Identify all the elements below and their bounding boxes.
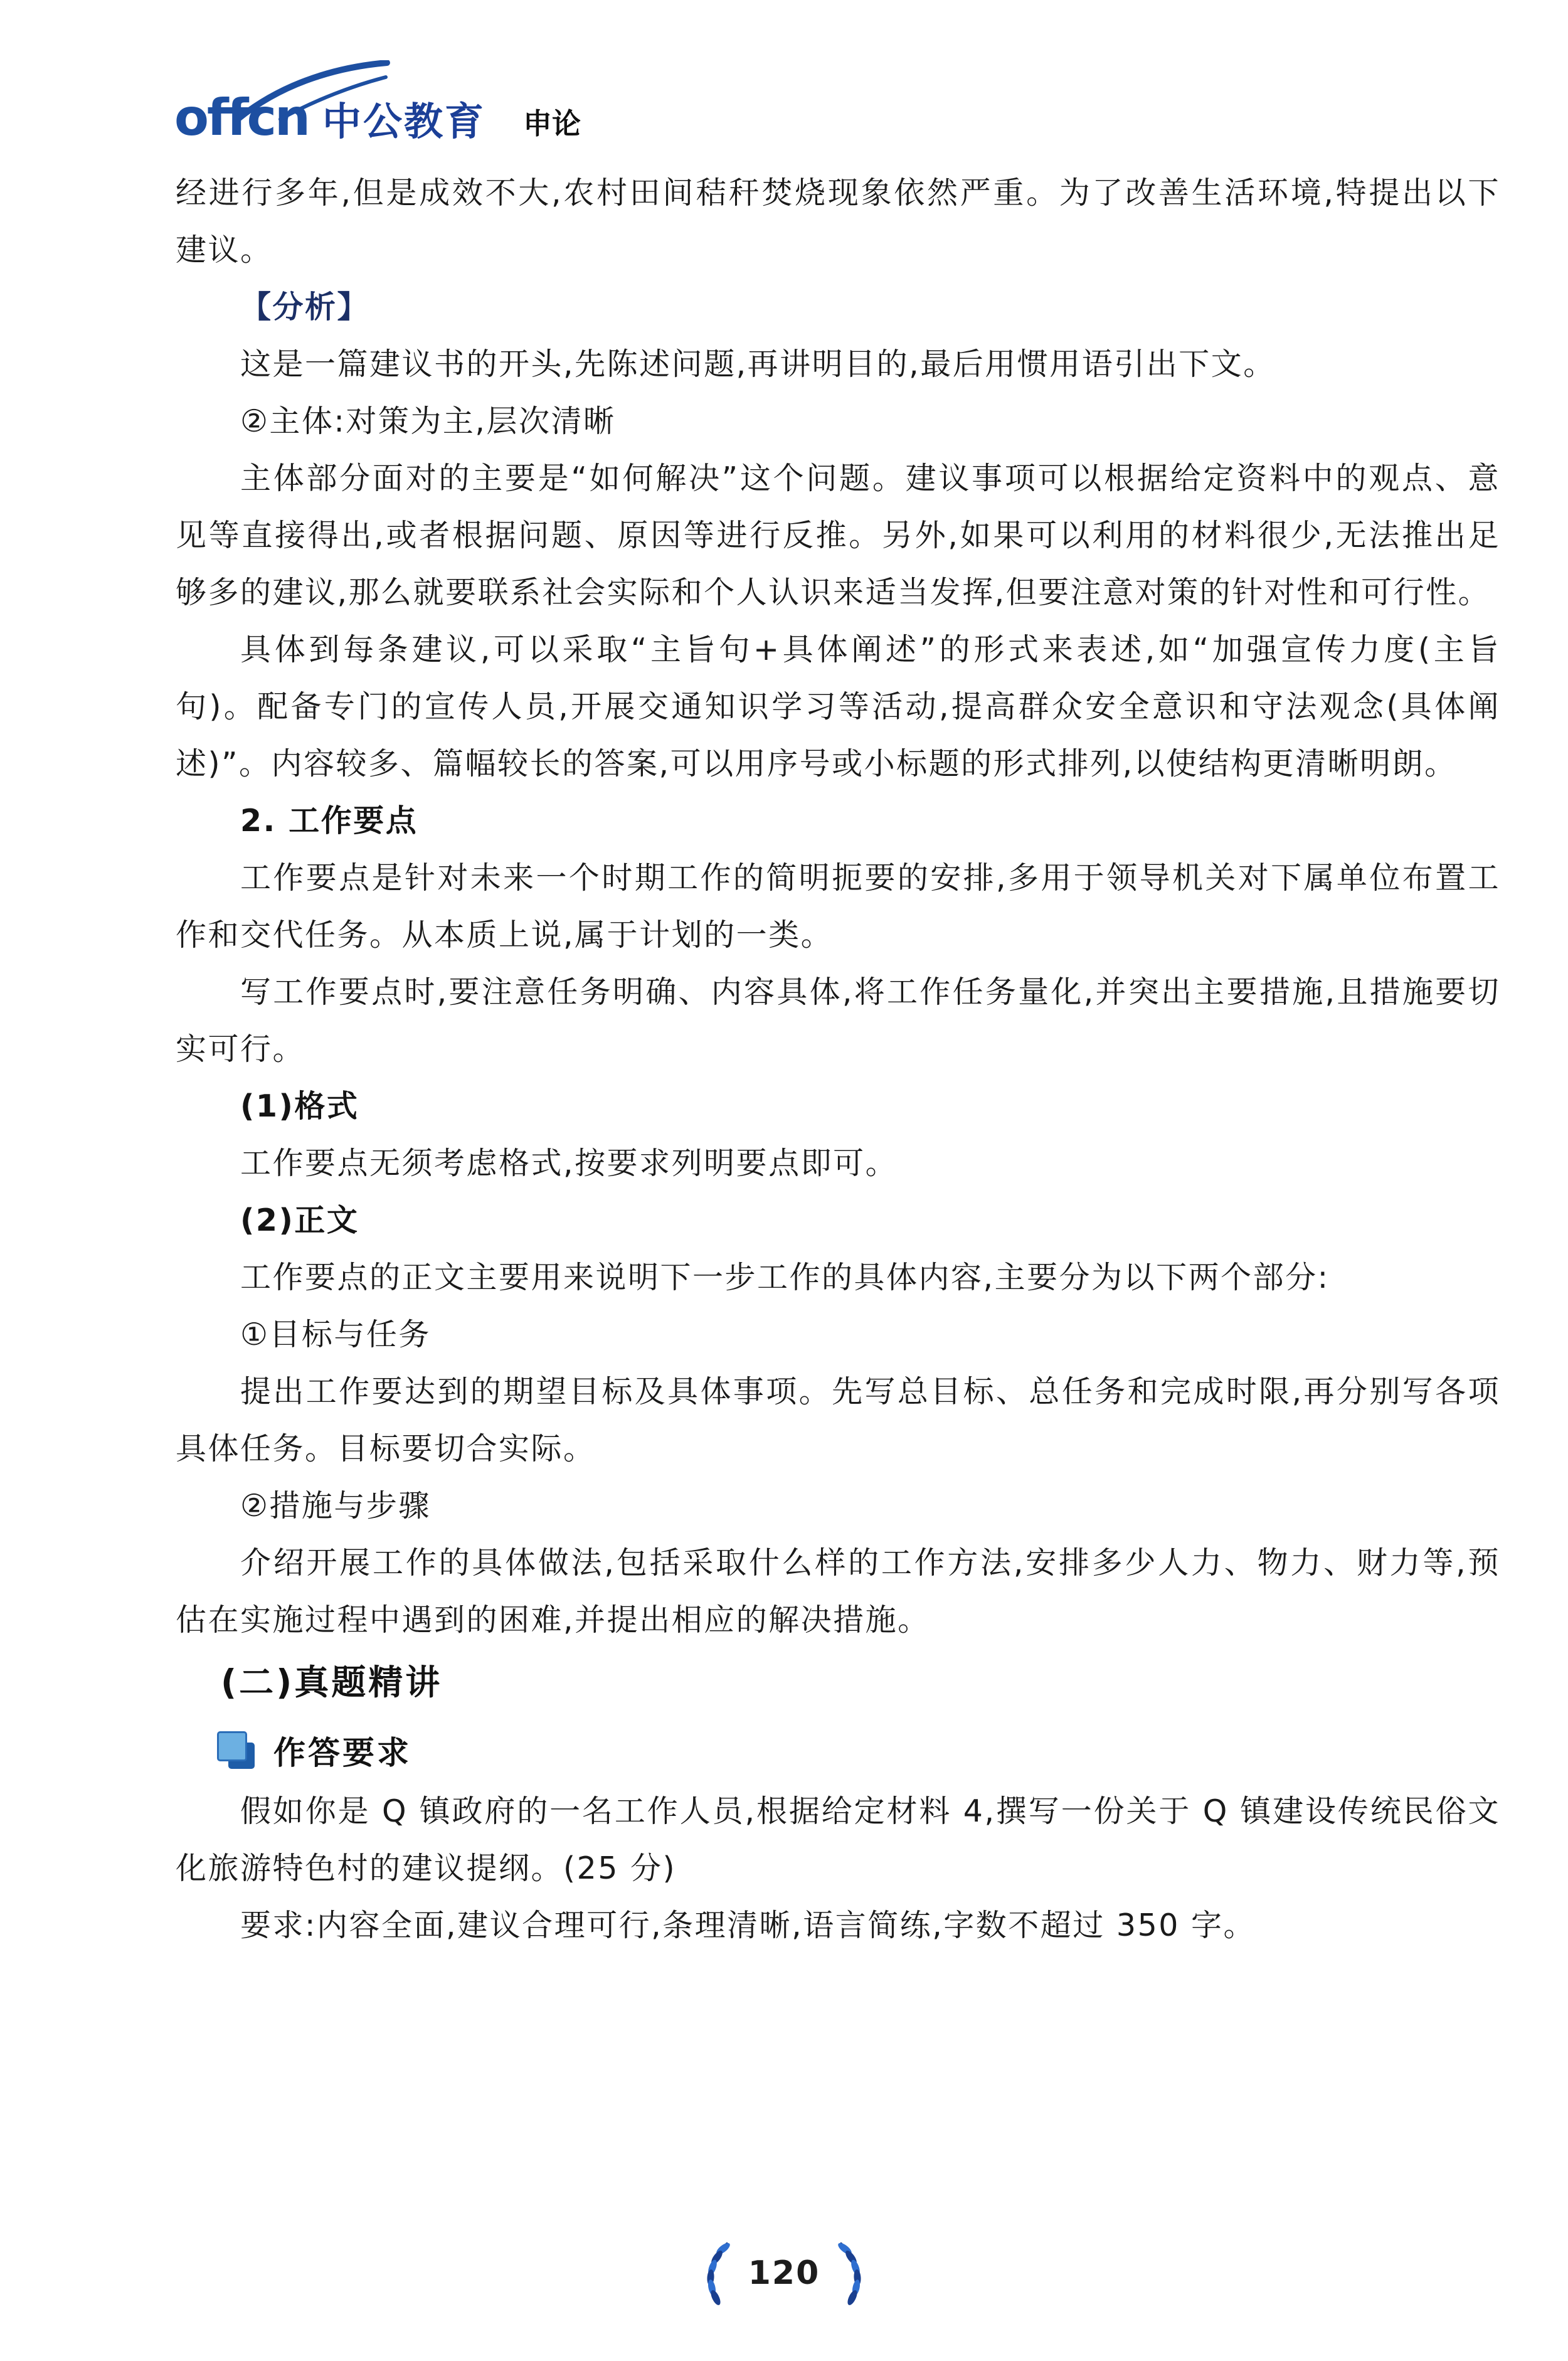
paragraph: ②主体:对策为主,层次清晰: [176, 393, 1500, 450]
laurel-left-icon: [698, 2241, 732, 2306]
laurel-right-icon: [836, 2241, 870, 2306]
sub-heading: (2)正文: [176, 1192, 1500, 1249]
paragraph: 提出工作要达到的期望目标及具体事项。先写总目标、总任务和完成时限,再分别写各项具…: [176, 1363, 1500, 1477]
paragraph: 主体部分面对的主要是“如何解决”这个问题。建议事项可以根据给定资料中的观点、意见…: [176, 450, 1500, 621]
book-page: offcn 中公教育 申论 经进行多年,但是成效不大,农村田间秸秆焚烧现象依然严…: [0, 0, 1568, 2361]
content-area: 经进行多年,但是成效不大,农村田间秸秆焚烧现象依然严重。为了改善生活环境,特提出…: [176, 164, 1500, 1954]
paragraph: 假如你是 Q 镇政府的一名工作人员,根据给定材料 4,撰写一份关于 Q 镇建设传…: [176, 1783, 1500, 1897]
paragraph: 经进行多年,但是成效不大,农村田间秸秆焚烧现象依然严重。为了改善生活环境,特提出…: [176, 164, 1500, 279]
answer-requirement-icon: [217, 1731, 255, 1769]
paragraph: 具体到每条建议,可以采取“主旨句+具体阐述”的形式来表述,如“加强宣传力度(主旨…: [176, 621, 1500, 792]
logo-latin-text: offcn: [174, 93, 309, 143]
subject-label: 申论: [523, 109, 581, 138]
page-number: 120: [748, 2254, 820, 2292]
section-heading: (二)真题精讲: [176, 1651, 1500, 1714]
logo-cn-text: 中公教育: [322, 102, 485, 141]
sub-heading: (1)格式: [176, 1078, 1500, 1135]
offcn-logo: offcn: [174, 93, 309, 143]
paragraph: 这是一篇建议书的开头,先陈述问题,再讲明目的,最后用惯用语引出下文。: [176, 336, 1500, 393]
paragraph: ①目标与任务: [176, 1306, 1500, 1363]
paragraph: 介绍开展工作的具体做法,包括采取什么样的工作方法,安排多少人力、物力、财力等,预…: [176, 1534, 1500, 1648]
paragraph: 写工作要点时,要注意任务明确、内容具体,将工作任务量化,并突出主要措施,且措施要…: [176, 963, 1500, 1078]
page-footer: 120: [0, 2241, 1568, 2306]
paragraph: 要求:内容全面,建议合理可行,条理清晰,语言简练,字数不超过 350 字。: [176, 1897, 1500, 1954]
analysis-label: 【分析】: [176, 279, 1500, 336]
paragraph: 工作要点无须考虑格式,按要求列明要点即可。: [176, 1135, 1500, 1192]
paragraph: 工作要点的正文主要用来说明下一步工作的具体内容,主要分为以下两个部分:: [176, 1249, 1500, 1306]
answer-requirement-heading: 作答要求: [176, 1717, 1500, 1783]
page-header: offcn 中公教育 申论: [174, 55, 581, 143]
paragraph: ②措施与步骤: [176, 1477, 1500, 1534]
answer-requirement-label: 作答要求: [273, 1727, 411, 1773]
sub-heading: 2. 工作要点: [176, 792, 1500, 849]
paragraph: 工作要点是针对未来一个时期工作的简明扼要的安排,多用于领导机关对下属单位布置工作…: [176, 849, 1500, 963]
